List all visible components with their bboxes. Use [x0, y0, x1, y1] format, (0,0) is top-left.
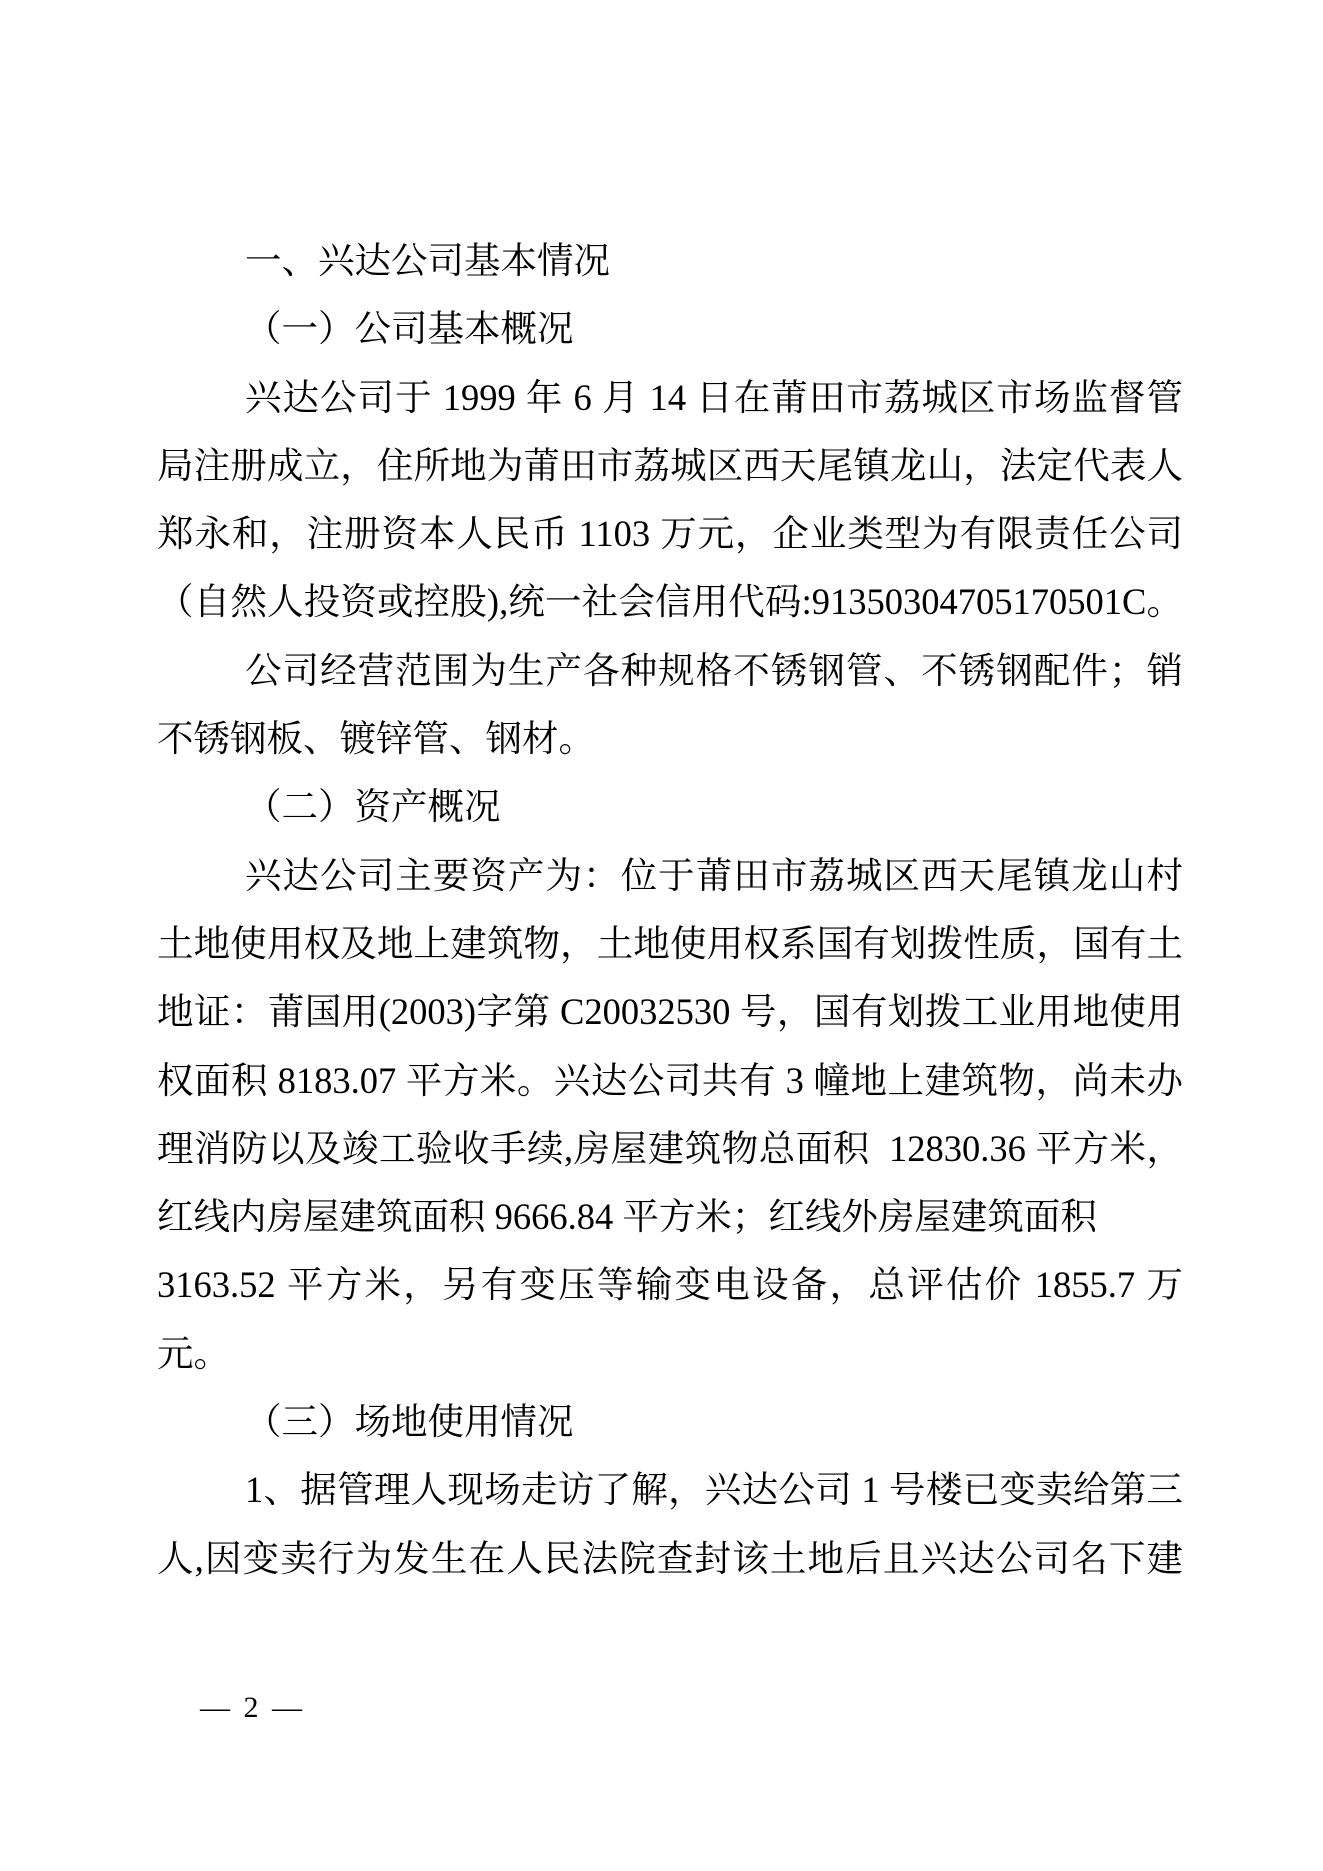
document-page: 一、兴达公司基本情况（一）公司基本概况兴达公司于 1999 年 6 月 14 日… [0, 0, 1323, 1871]
subsection-heading: （二）资产概况 [157, 773, 1183, 841]
text-line: 不锈钢板、镀锌管、钢材。 [157, 705, 1183, 773]
page-number: — 2 — [200, 1692, 305, 1724]
text-line: 兴达公司于 1999 年 6 月 14 日在莆田市荔城区市场监督管理 [157, 364, 1183, 432]
text-line: 红线内房屋建筑面积 9666.84 平方米；红线外房屋建筑面积 [157, 1183, 1183, 1251]
text-line: 元。 [157, 1320, 1183, 1388]
text-line: 3163.52 平方米，另有变压等输变电设备，总评估价 1855.7 万 [157, 1251, 1183, 1319]
text-line: 公司经营范围为生产各种规格不锈钢管、不锈钢配件；销售 [157, 637, 1183, 705]
text-line: 地证：莆国用(2003)字第 C20032530 号，国有划拨工业用地使用 [157, 978, 1183, 1046]
subsection-heading: （一）公司基本概况 [157, 295, 1183, 363]
text-line: 理消防以及竣工验收手续,房屋建筑物总面积 12830.36 平方米， [157, 1115, 1183, 1183]
subsection-heading: （三）场地使用情况 [157, 1388, 1183, 1456]
text-line: 兴达公司主要资产为：位于莆田市荔城区西天尾镇龙山村的 [157, 842, 1183, 910]
text-line: 局注册成立，住所地为莆田市荔城区西天尾镇龙山，法定代表人 [157, 432, 1183, 500]
text-line: 土地使用权及地上建筑物，土地使用权系国有划拨性质，国有土 [157, 910, 1183, 978]
text-line: 人,因变卖行为发生在人民法院查封该土地后且兴达公司名下建 [157, 1525, 1183, 1593]
text-line: （自然人投资或控股),统一社会信用代码:91350304705170501C。 [157, 568, 1183, 636]
text-line: 1、据管理人现场走访了解，兴达公司 1 号楼已变卖给第三 [157, 1456, 1183, 1524]
text-line: 权面积 8183.07 平方米。兴达公司共有 3 幢地上建筑物，尚未办 [157, 1047, 1183, 1115]
document-body: 一、兴达公司基本情况（一）公司基本概况兴达公司于 1999 年 6 月 14 日… [157, 227, 1183, 1593]
text-line: 郑永和，注册资本人民币 1103 万元，企业类型为有限责任公司 [157, 500, 1183, 568]
section-heading: 一、兴达公司基本情况 [157, 227, 1183, 295]
